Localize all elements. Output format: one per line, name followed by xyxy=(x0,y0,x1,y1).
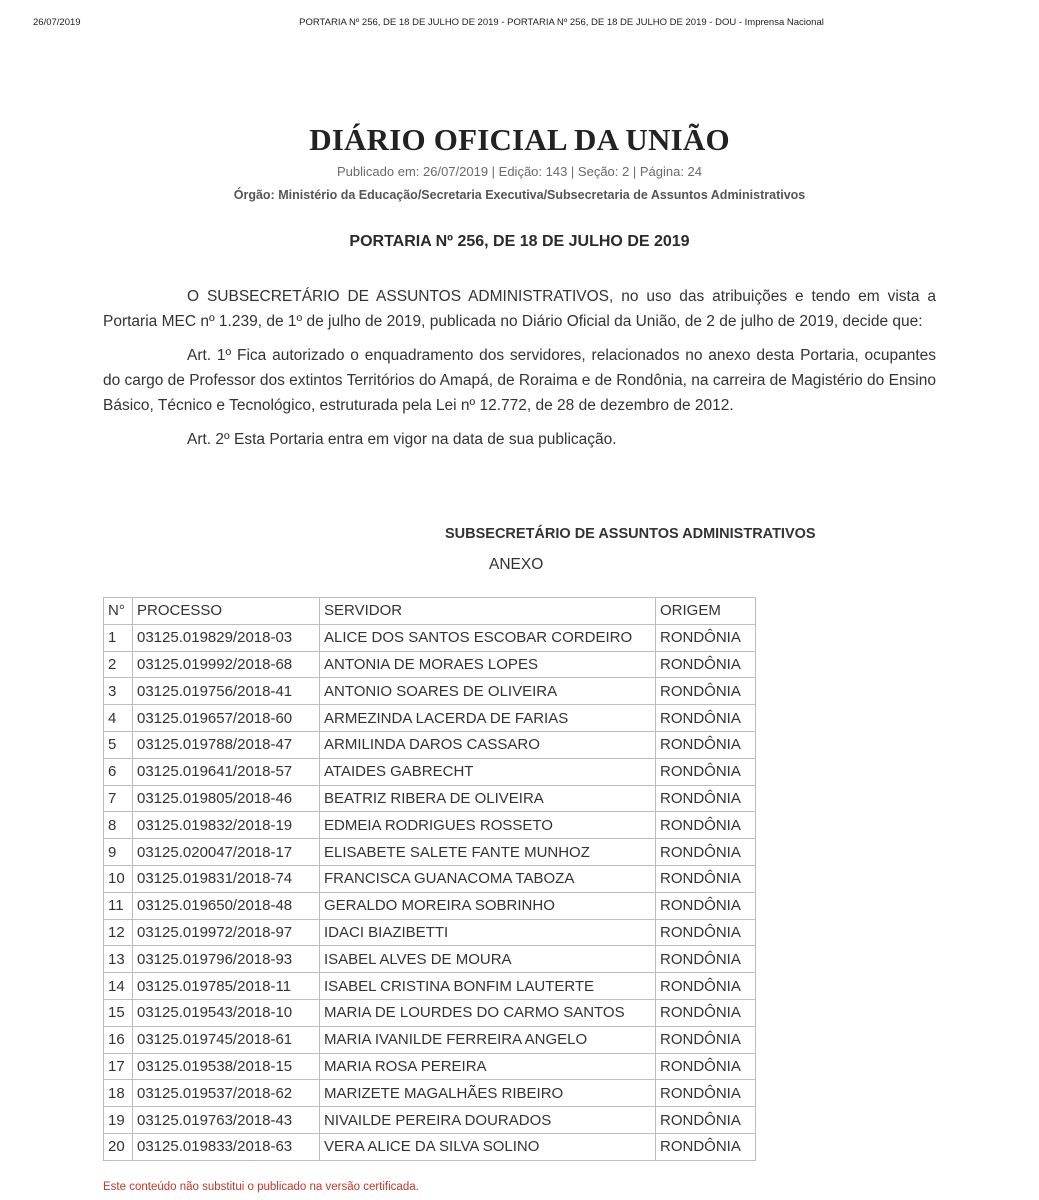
cell-servant: ANTONIA DE MORAES LOPES xyxy=(320,651,656,678)
cell-process: 03125.019992/2018-68 xyxy=(133,651,320,678)
certification-disclaimer: Este conteúdo não substitui o publicado … xyxy=(103,1181,419,1193)
cell-servant: ATAIDES GABRECHT xyxy=(320,758,656,785)
table-header-row: N° PROCESSO SERVIDOR ORIGEM xyxy=(104,598,756,625)
publication-title: DIÁRIO OFICIAL DA UNIÃO xyxy=(0,120,1039,160)
cell-process: 03125.019756/2018-41 xyxy=(133,678,320,705)
cell-process: 03125.019972/2018-97 xyxy=(133,919,320,946)
table-row: 1103125.019650/2018-48GERALDO MOREIRA SO… xyxy=(104,892,756,919)
cell-servant: MARIA DE LOURDES DO CARMO SANTOS xyxy=(320,999,656,1026)
cell-number: 11 xyxy=(104,892,133,919)
cell-origin: RONDÔNIA xyxy=(656,1133,756,1160)
cell-number: 13 xyxy=(104,946,133,973)
cell-number: 20 xyxy=(104,1133,133,1160)
column-header-origin: ORIGEM xyxy=(656,598,756,625)
table-row: 603125.019641/2018-57ATAIDES GABRECHTRON… xyxy=(104,758,756,785)
cell-process: 03125.019537/2018-62 xyxy=(133,1080,320,1107)
table-row: 1203125.019972/2018-97IDACI BIAZIBETTIRO… xyxy=(104,919,756,946)
print-page-title: PORTARIA Nº 256, DE 18 DE JULHO DE 2019 … xyxy=(0,17,1039,28)
cell-origin: RONDÔNIA xyxy=(656,919,756,946)
table-row: 1603125.019745/2018-61MARIA IVANILDE FER… xyxy=(104,1026,756,1053)
table-row: 103125.019829/2018-03ALICE DOS SANTOS ES… xyxy=(104,624,756,651)
cell-servant: ANTONIO SOARES DE OLIVEIRA xyxy=(320,678,656,705)
cell-origin: RONDÔNIA xyxy=(656,812,756,839)
publication-info: Publicado em: 26/07/2019 | Edição: 143 |… xyxy=(0,163,1039,181)
annex-table-body: 103125.019829/2018-03ALICE DOS SANTOS ES… xyxy=(104,624,756,1160)
cell-process: 03125.019543/2018-10 xyxy=(133,999,320,1026)
cell-origin: RONDÔNIA xyxy=(656,892,756,919)
cell-process: 03125.019831/2018-74 xyxy=(133,865,320,892)
masthead: DIÁRIO OFICIAL DA UNIÃO Publicado em: 26… xyxy=(0,120,1039,204)
cell-process: 03125.019641/2018-57 xyxy=(133,758,320,785)
column-header-servant: SERVIDOR xyxy=(320,598,656,625)
cell-servant: FRANCISCA GUANACOMA TABOZA xyxy=(320,865,656,892)
cell-servant: MARIZETE MAGALHÃES RIBEIRO xyxy=(320,1080,656,1107)
cell-number: 10 xyxy=(104,865,133,892)
cell-servant: NIVAILDE PEREIRA DOURADOS xyxy=(320,1107,656,1134)
cell-number: 1 xyxy=(104,624,133,651)
cell-servant: ISABEL ALVES DE MOURA xyxy=(320,946,656,973)
cell-process: 03125.019657/2018-60 xyxy=(133,705,320,732)
cell-servant: MARIA IVANILDE FERREIRA ANGELO xyxy=(320,1026,656,1053)
cell-number: 18 xyxy=(104,1080,133,1107)
table-row: 1703125.019538/2018-15MARIA ROSA PEREIRA… xyxy=(104,1053,756,1080)
cell-servant: VERA ALICE DA SILVA SOLINO xyxy=(320,1133,656,1160)
cell-number: 5 xyxy=(104,731,133,758)
cell-number: 6 xyxy=(104,758,133,785)
cell-servant: ARMILINDA DAROS CASSARO xyxy=(320,731,656,758)
cell-process: 03125.019796/2018-93 xyxy=(133,946,320,973)
cell-process: 03125.020047/2018-17 xyxy=(133,839,320,866)
table-row: 2003125.019833/2018-63VERA ALICE DA SILV… xyxy=(104,1133,756,1160)
table-row: 303125.019756/2018-41ANTONIO SOARES DE O… xyxy=(104,678,756,705)
cell-origin: RONDÔNIA xyxy=(656,785,756,812)
cell-origin: RONDÔNIA xyxy=(656,1107,756,1134)
cell-origin: RONDÔNIA xyxy=(656,1080,756,1107)
table-row: 1903125.019763/2018-43NIVAILDE PEREIRA D… xyxy=(104,1107,756,1134)
table-row: 503125.019788/2018-47ARMILINDA DAROS CAS… xyxy=(104,731,756,758)
table-row: 203125.019992/2018-68ANTONIA DE MORAES L… xyxy=(104,651,756,678)
cell-process: 03125.019785/2018-11 xyxy=(133,973,320,1000)
preamble-paragraph: O SUBSECRETÁRIO DE ASSUNTOS ADMINISTRATI… xyxy=(103,284,936,334)
cell-servant: EDMEIA RODRIGUES ROSSETO xyxy=(320,812,656,839)
document-title: PORTARIA Nº 256, DE 18 DE JULHO DE 2019 xyxy=(0,233,1039,251)
cell-process: 03125.019763/2018-43 xyxy=(133,1107,320,1134)
cell-process: 03125.019805/2018-46 xyxy=(133,785,320,812)
cell-origin: RONDÔNIA xyxy=(656,758,756,785)
cell-number: 2 xyxy=(104,651,133,678)
column-header-process: PROCESSO xyxy=(133,598,320,625)
cell-process: 03125.019832/2018-19 xyxy=(133,812,320,839)
table-row: 803125.019832/2018-19EDMEIA RODRIGUES RO… xyxy=(104,812,756,839)
table-row: 403125.019657/2018-60ARMEZINDA LACERDA D… xyxy=(104,705,756,732)
annex-label: ANEXO xyxy=(489,556,543,574)
table-row: 1303125.019796/2018-93ISABEL ALVES DE MO… xyxy=(104,946,756,973)
cell-servant: ELISABETE SALETE FANTE MUNHOZ xyxy=(320,839,656,866)
issuing-organ: Órgão: Ministério da Educação/Secretaria… xyxy=(0,186,1039,204)
cell-origin: RONDÔNIA xyxy=(656,731,756,758)
cell-process: 03125.019788/2018-47 xyxy=(133,731,320,758)
cell-origin: RONDÔNIA xyxy=(656,1026,756,1053)
cell-number: 9 xyxy=(104,839,133,866)
table-row: 703125.019805/2018-46BEATRIZ RIBERA DE O… xyxy=(104,785,756,812)
print-header: 26/07/2019 PORTARIA Nº 256, DE 18 DE JUL… xyxy=(0,17,1039,31)
cell-number: 14 xyxy=(104,973,133,1000)
cell-servant: GERALDO MOREIRA SOBRINHO xyxy=(320,892,656,919)
cell-servant: ISABEL CRISTINA BONFIM LAUTERTE xyxy=(320,973,656,1000)
cell-servant: MARIA ROSA PEREIRA xyxy=(320,1053,656,1080)
column-header-number: N° xyxy=(104,598,133,625)
cell-number: 17 xyxy=(104,1053,133,1080)
cell-number: 19 xyxy=(104,1107,133,1134)
cell-origin: RONDÔNIA xyxy=(656,999,756,1026)
cell-number: 12 xyxy=(104,919,133,946)
signature: SUBSECRETÁRIO DE ASSUNTOS ADMINISTRATIVO… xyxy=(445,526,816,542)
cell-number: 16 xyxy=(104,1026,133,1053)
cell-origin: RONDÔNIA xyxy=(656,678,756,705)
cell-origin: RONDÔNIA xyxy=(656,1053,756,1080)
cell-number: 7 xyxy=(104,785,133,812)
article-2-paragraph: Art. 2º Esta Portaria entra em vigor na … xyxy=(103,427,936,452)
cell-origin: RONDÔNIA xyxy=(656,865,756,892)
cell-number: 15 xyxy=(104,999,133,1026)
annex-table: N° PROCESSO SERVIDOR ORIGEM 103125.01982… xyxy=(103,597,756,1161)
cell-origin: RONDÔNIA xyxy=(656,624,756,651)
table-row: 1003125.019831/2018-74FRANCISCA GUANACOM… xyxy=(104,865,756,892)
cell-servant: ARMEZINDA LACERDA DE FARIAS xyxy=(320,705,656,732)
cell-process: 03125.019650/2018-48 xyxy=(133,892,320,919)
cell-origin: RONDÔNIA xyxy=(656,946,756,973)
cell-number: 3 xyxy=(104,678,133,705)
cell-process: 03125.019538/2018-15 xyxy=(133,1053,320,1080)
cell-servant: BEATRIZ RIBERA DE OLIVEIRA xyxy=(320,785,656,812)
cell-origin: RONDÔNIA xyxy=(656,651,756,678)
document-body: O SUBSECRETÁRIO DE ASSUNTOS ADMINISTRATI… xyxy=(103,284,936,461)
table-row: 1503125.019543/2018-10MARIA DE LOURDES D… xyxy=(104,999,756,1026)
cell-number: 8 xyxy=(104,812,133,839)
cell-origin: RONDÔNIA xyxy=(656,973,756,1000)
cell-servant: IDACI BIAZIBETTI xyxy=(320,919,656,946)
table-row: 903125.020047/2018-17ELISABETE SALETE FA… xyxy=(104,839,756,866)
cell-process: 03125.019745/2018-61 xyxy=(133,1026,320,1053)
cell-process: 03125.019829/2018-03 xyxy=(133,624,320,651)
cell-servant: ALICE DOS SANTOS ESCOBAR CORDEIRO xyxy=(320,624,656,651)
table-row: 1803125.019537/2018-62MARIZETE MAGALHÃES… xyxy=(104,1080,756,1107)
cell-origin: RONDÔNIA xyxy=(656,839,756,866)
cell-process: 03125.019833/2018-63 xyxy=(133,1133,320,1160)
cell-origin: RONDÔNIA xyxy=(656,705,756,732)
article-1-paragraph: Art. 1º Fica autorizado o enquadramento … xyxy=(103,343,936,418)
cell-number: 4 xyxy=(104,705,133,732)
table-row: 1403125.019785/2018-11ISABEL CRISTINA BO… xyxy=(104,973,756,1000)
